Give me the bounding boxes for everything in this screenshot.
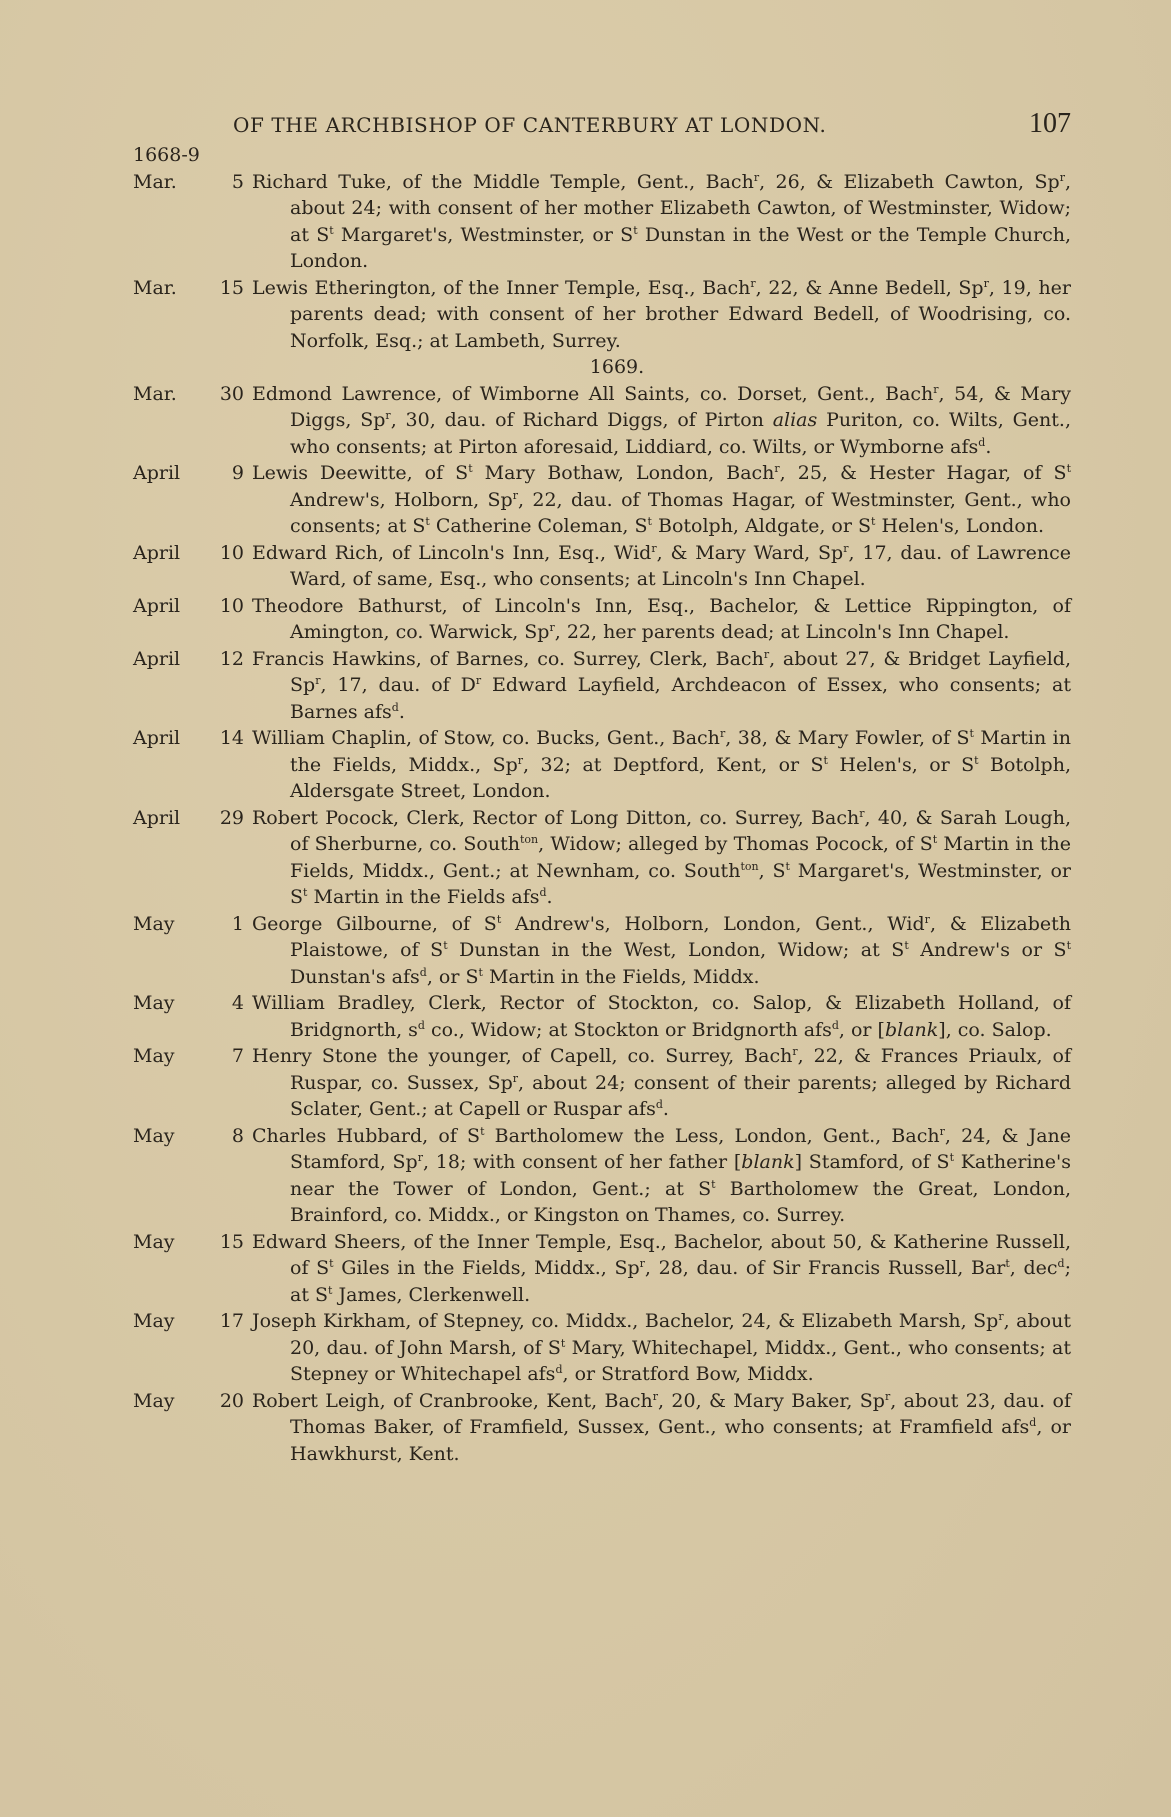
entry-date: April12 <box>133 646 252 726</box>
register-entry: May8Charles Hubbard, of St Bartholomew t… <box>133 1123 1071 1229</box>
document-page: OF THE ARCHBISHOP OF CANTERBURY AT LONDO… <box>133 108 1071 1467</box>
entry-month: May <box>133 1388 175 1468</box>
entry-date: May15 <box>133 1229 252 1309</box>
entry-date: May20 <box>133 1388 252 1468</box>
entry-day: 15 <box>220 1229 244 1309</box>
entry-date: May1 <box>133 911 252 991</box>
entry-date: Mar.30 <box>133 381 252 461</box>
entry-date: May8 <box>133 1123 252 1229</box>
entry-date: May4 <box>133 990 252 1043</box>
register-entry: Mar.15Lewis Etherington, of the Inner Te… <box>133 275 1071 355</box>
entry-text: Henry Stone the younger, of Capell, co. … <box>252 1043 1071 1123</box>
entry-month: April <box>133 805 180 911</box>
entry-text: Edward Rich, of Lincoln's Inn, Esq., Wid… <box>252 540 1071 593</box>
register-entry: April12Francis Hawkins, of Barnes, co. S… <box>133 646 1071 726</box>
entry-month: April <box>133 593 180 646</box>
register-entry: April29Robert Pocock, Clerk, Rector of L… <box>133 805 1071 911</box>
entry-day: 5 <box>232 169 244 275</box>
entry-month: May <box>133 1308 175 1388</box>
entry-day: 20 <box>220 1388 244 1468</box>
entry-month: April <box>133 646 180 726</box>
entry-date: April10 <box>133 593 252 646</box>
entry-text: Richard Tuke, of the Middle Temple, Gent… <box>252 169 1071 275</box>
entry-day: 17 <box>220 1308 244 1388</box>
entry-month: April <box>133 540 180 593</box>
register-entry: May15Edward Sheers, of the Inner Temple,… <box>133 1229 1071 1309</box>
entry-day: 15 <box>220 275 244 355</box>
register-entry: May1George Gilbourne, of St Andrew's, Ho… <box>133 911 1071 991</box>
entry-month: April <box>133 725 180 805</box>
register-entry: Mar.30Edmond Lawrence, of Wimborne All S… <box>133 381 1071 461</box>
register-entry: May20Robert Leigh, of Cranbrooke, Kent, … <box>133 1388 1071 1468</box>
entry-day: 1 <box>232 911 244 991</box>
year-heading-start: 1668-9 <box>133 142 1071 169</box>
running-title: OF THE ARCHBISHOP OF CANTERBURY AT LONDO… <box>233 113 826 137</box>
register-entry: Mar.5Richard Tuke, of the Middle Temple,… <box>133 169 1071 275</box>
entry-date: May7 <box>133 1043 252 1123</box>
page-number: 107 <box>1029 108 1071 140</box>
entry-text: Francis Hawkins, of Barnes, co. Surrey, … <box>252 646 1071 726</box>
entry-text: Lewis Deewitte, of St Mary Bothaw, Londo… <box>252 460 1071 540</box>
entry-day: 12 <box>220 646 244 726</box>
entry-day: 7 <box>232 1043 244 1123</box>
entry-date: May17 <box>133 1308 252 1388</box>
entry-text: Charles Hubbard, of St Bartholomew the L… <box>252 1123 1071 1229</box>
entry-text: William Chaplin, of Stow, co. Bucks, Gen… <box>252 725 1071 805</box>
entry-month: Mar. <box>133 275 177 355</box>
register-entry: April10Theodore Bathurst, of Lincoln's I… <box>133 593 1071 646</box>
entries-list: Mar.30Edmond Lawrence, of Wimborne All S… <box>133 381 1071 1468</box>
entry-text: George Gilbourne, of St Andrew's, Holbor… <box>252 911 1071 991</box>
entry-month: May <box>133 911 175 991</box>
entry-day: 10 <box>220 540 244 593</box>
entry-month: May <box>133 1043 175 1123</box>
entry-month: May <box>133 1229 175 1309</box>
register-entry: May4William Bradley, Clerk, Rector of St… <box>133 990 1071 1043</box>
entry-text: Lewis Etherington, of the Inner Temple, … <box>252 275 1071 355</box>
entry-text: Edmond Lawrence, of Wimborne All Saints,… <box>252 381 1071 461</box>
entry-text: Joseph Kirkham, of Stepney, co. Middx., … <box>252 1308 1071 1388</box>
entry-month: Mar. <box>133 169 177 275</box>
running-head: OF THE ARCHBISHOP OF CANTERBURY AT LONDO… <box>133 108 1071 142</box>
entry-day: 8 <box>232 1123 244 1229</box>
entry-month: April <box>133 460 180 540</box>
register-entry: April14William Chaplin, of Stow, co. Buc… <box>133 725 1071 805</box>
register-entry: May7Henry Stone the younger, of Capell, … <box>133 1043 1071 1123</box>
entry-day: 29 <box>220 805 244 911</box>
register-entry: April9Lewis Deewitte, of St Mary Bothaw,… <box>133 460 1071 540</box>
year-heading-mid: 1669. <box>133 354 1071 381</box>
entry-date: Mar.5 <box>133 169 252 275</box>
entry-text: Robert Leigh, of Cranbrooke, Kent, Bachr… <box>252 1388 1071 1468</box>
entries-list: Mar.5Richard Tuke, of the Middle Temple,… <box>133 169 1071 355</box>
entry-day: 9 <box>232 460 244 540</box>
entry-date: April29 <box>133 805 252 911</box>
register-entry: May17Joseph Kirkham, of Stepney, co. Mid… <box>133 1308 1071 1388</box>
entry-month: Mar. <box>133 381 177 461</box>
entry-date: April14 <box>133 725 252 805</box>
register-entry: April10Edward Rich, of Lincoln's Inn, Es… <box>133 540 1071 593</box>
entry-date: April10 <box>133 540 252 593</box>
entry-date: April9 <box>133 460 252 540</box>
entry-day: 10 <box>220 593 244 646</box>
entry-day: 30 <box>220 381 244 461</box>
entry-text: William Bradley, Clerk, Rector of Stockt… <box>252 990 1071 1043</box>
entry-date: Mar.15 <box>133 275 252 355</box>
entry-day: 14 <box>220 725 244 805</box>
entry-text: Theodore Bathurst, of Lincoln's Inn, Esq… <box>252 593 1071 646</box>
entry-text: Robert Pocock, Clerk, Rector of Long Dit… <box>252 805 1071 911</box>
entry-month: May <box>133 1123 175 1229</box>
entry-day: 4 <box>232 990 244 1043</box>
entry-text: Edward Sheers, of the Inner Temple, Esq.… <box>252 1229 1071 1309</box>
entry-month: May <box>133 990 175 1043</box>
